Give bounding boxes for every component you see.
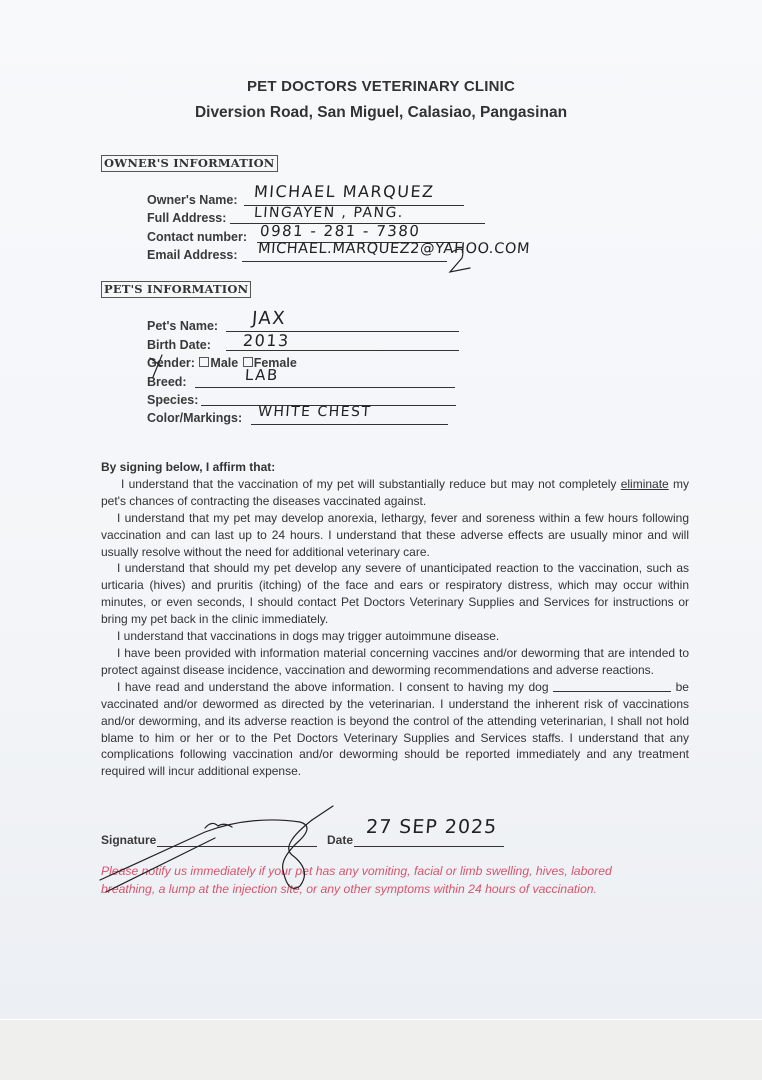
clinic-name: PET DOCTORS VETERINARY CLINIC — [0, 78, 762, 95]
birth-date-line — [226, 350, 459, 351]
consent-p6-text: I have read and understand the above inf… — [117, 680, 553, 694]
contact-number-label: Contact number: — [147, 229, 247, 245]
consent-paragraph-6: I have read and understand the above inf… — [101, 679, 689, 780]
consent-p1-text: I understand that the vaccination of my … — [121, 477, 621, 491]
color-markings-label: Color/Markings: — [147, 410, 242, 426]
pet-name-label: Pet's Name: — [147, 318, 218, 334]
full-address-label: Full Address: — [147, 210, 226, 226]
owner-name-field[interactable]: MICHAEL MARQUEZ — [253, 182, 435, 201]
post-vaccination-notice: Please notify us immediately if your pet… — [101, 863, 661, 898]
male-option-label: Male — [210, 356, 238, 370]
email-address-label: Email Address: — [147, 247, 238, 263]
birth-date-label: Birth Date: — [147, 337, 211, 353]
owner-section-heading: OWNER'S INFORMATION — [101, 155, 278, 172]
male-checkbox[interactable] — [199, 357, 209, 367]
breed-line — [195, 387, 455, 388]
birth-date-field[interactable]: 2013 — [242, 331, 290, 350]
consent-paragraph-2: I understand that my pet may develop ano… — [101, 510, 689, 561]
contact-number-field[interactable]: 0981 - 281 - 7380 — [259, 222, 421, 240]
consent-paragraph-3: I understand that should my pet develop … — [101, 560, 689, 628]
consent-p1-underlined: eliminate — [621, 477, 669, 491]
email-address-line — [242, 261, 447, 262]
consent-intro: By signing below, I affirm that: — [101, 459, 689, 476]
date-field[interactable]: 27 SEP 2025 — [365, 816, 498, 838]
consent-p6-text-end: be vaccinated and/or dewormed as directe… — [101, 680, 689, 779]
scanned-form-page: PET DOCTORS VETERINARY CLINIC Diversion … — [0, 0, 762, 1018]
date-label: Date — [327, 833, 353, 847]
color-markings-line — [251, 424, 448, 425]
pet-section-heading: PET'S INFORMATION — [101, 281, 251, 298]
clinic-address: Diversion Road, San Miguel, Calasiao, Pa… — [0, 104, 762, 122]
consent-paragraph-5: I have been provided with information ma… — [101, 645, 689, 679]
color-markings-field[interactable]: WHITE CHEST — [257, 404, 372, 420]
signature-stroke-tail — [312, 806, 333, 820]
scanner-background — [0, 1019, 762, 1080]
consent-text: By signing below, I affirm that: I under… — [101, 459, 689, 780]
full-address-field[interactable]: LINGAYEN , PANG. — [253, 205, 404, 221]
pet-name-field[interactable]: JAX — [251, 308, 287, 329]
gender-label: Gender: — [147, 356, 195, 370]
breed-field[interactable]: LAB — [244, 366, 279, 384]
breed-label: Breed: — [147, 374, 187, 390]
date-line — [354, 846, 504, 847]
signature-line[interactable] — [157, 846, 317, 847]
dog-name-blank[interactable] — [553, 680, 671, 692]
owner-name-label: Owner's Name: — [147, 192, 238, 208]
signature-label: Signature — [101, 833, 156, 847]
consent-paragraph-4: I understand that vaccinations in dogs m… — [101, 628, 689, 645]
species-label: Species: — [147, 392, 198, 408]
email-address-field[interactable]: MICHAEL.MARQUEZ2@YAHOO.COM — [257, 241, 530, 257]
consent-paragraph-1: I understand that the vaccination of my … — [101, 476, 689, 510]
signature-mark — [205, 823, 232, 828]
